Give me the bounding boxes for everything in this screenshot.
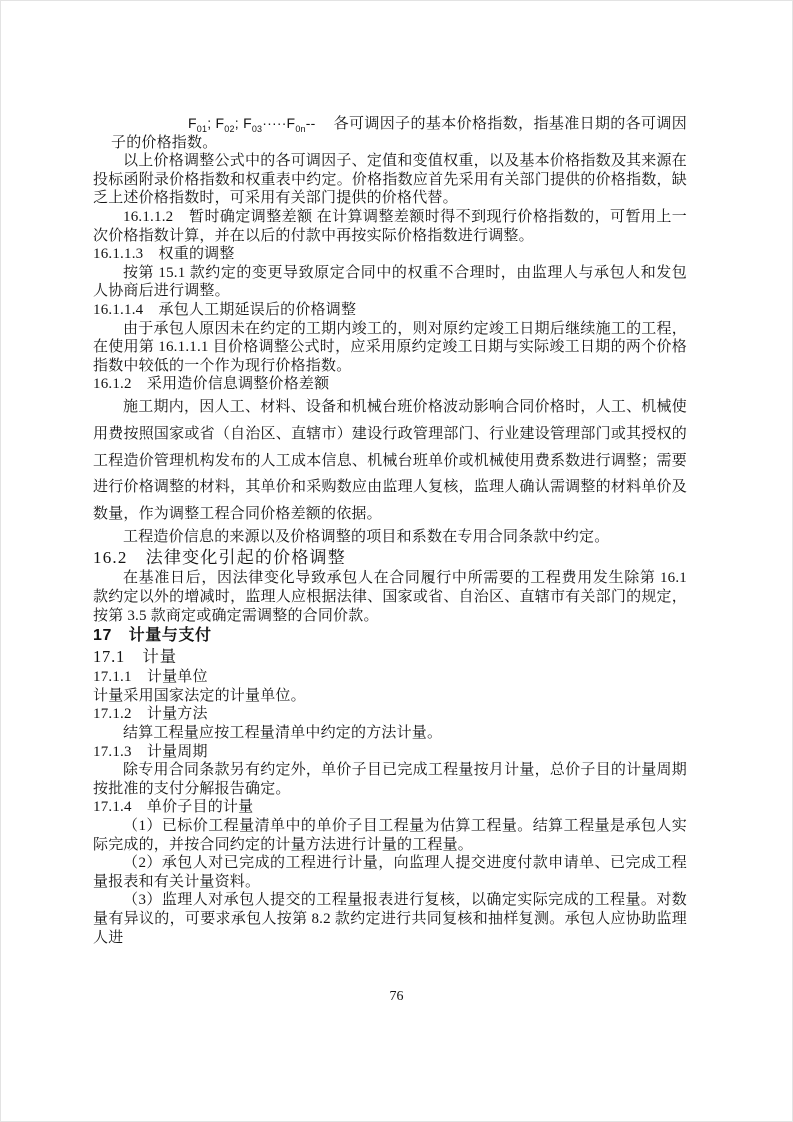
para-16-1-2-body: 施工期内，因人工、材料、设备和机械台班价格波动影响合同价格时，人工、机械使用费按…: [93, 394, 687, 528]
para-17-1-1-body: 计量采用国家法定的计量单位。: [93, 687, 687, 706]
heading-17-1-3: 17.1.3 计量周期: [93, 743, 687, 762]
para-17-1-3-body: 除专用合同条款另有约定外，单价子目已完成工程量按月计量，总价子目的计量周期按批准…: [93, 761, 687, 798]
heading-17-1-4: 17.1.4 单价子目的计量: [93, 798, 687, 817]
para-16-1-1-2-temporary-adjustment: 16.1.1.2 暂时确定调整差额 在计算调整差额时得不到现行价格指数的，可暂用…: [93, 208, 687, 245]
heading-16-1-1-4: 16.1.1.4 承包人工期延误后的价格调整: [93, 301, 687, 320]
para-17-1-4-item-2: （2）承包人对已完成的工程进行计量，向监理人提交进度付款申请单、已完成工程量报表…: [93, 854, 687, 891]
para-17-1-4-item-1: （1）已标价工程量清单中的单价子目工程量为估算工程量。结算工程量是承包人实际完成…: [93, 817, 687, 854]
formula-f-indices: F01; F02; F03·····F0n--: [188, 115, 315, 131]
page-number: 76: [1, 989, 792, 1005]
heading-17-1-2: 17.1.2 计量方法: [93, 705, 687, 724]
heading-16-1-1-3: 16.1.1.3 权重的调整: [93, 245, 687, 264]
heading-17-1: 17.1 计量: [93, 646, 687, 668]
document-page: F01; F02; F03·····F0n--各可调因子的基本价格指数，指基准日…: [0, 0, 793, 1122]
para-17-1-4-item-3: （3）监理人对承包人提交的工程量报表进行复核，以确定实际完成的工程量。对数量有异…: [93, 891, 687, 947]
heading-17: 17 计量与支付: [93, 625, 687, 646]
para-17-1-2-body: 结算工程量应按工程量清单中约定的方法计量。: [93, 724, 687, 743]
para-price-formula-factors: 以上价格调整公式中的各可调因子、定值和变值权重，以及基本价格指数及其来源在投标函…: [93, 152, 687, 208]
para-16-1-2-info-source: 工程造价信息的来源以及价格调整的项目和系数在专用合同条款中约定。: [93, 528, 687, 547]
para-16-1-1-3-body: 按第 15.1 款约定的变更导致原定合同中的权重不合理时，由监理人与承包人和发包…: [93, 264, 687, 301]
heading-16-2: 16.2 法律变化引起的价格调整: [93, 546, 687, 569]
page-content: F01; F02; F03·····F0n--各可调因子的基本价格指数，指基准日…: [93, 114, 687, 947]
heading-16-1-2: 16.1.2 采用造价信息调整价格差额: [93, 375, 687, 394]
para-formula-definition: F01; F02; F03·····F0n--各可调因子的基本价格指数，指基准日…: [93, 114, 687, 152]
heading-17-1-1: 17.1.1 计量单位: [93, 668, 687, 687]
para-16-2-body: 在基准日后，因法律变化导致承包人在合同履行中所需要的工程费用发生除第 16.1 …: [93, 569, 687, 625]
para-16-1-1-4-body: 由于承包人原因未在约定的工期内竣工的，则对原约定竣工日期后继续施工的工程，在使用…: [93, 320, 687, 376]
